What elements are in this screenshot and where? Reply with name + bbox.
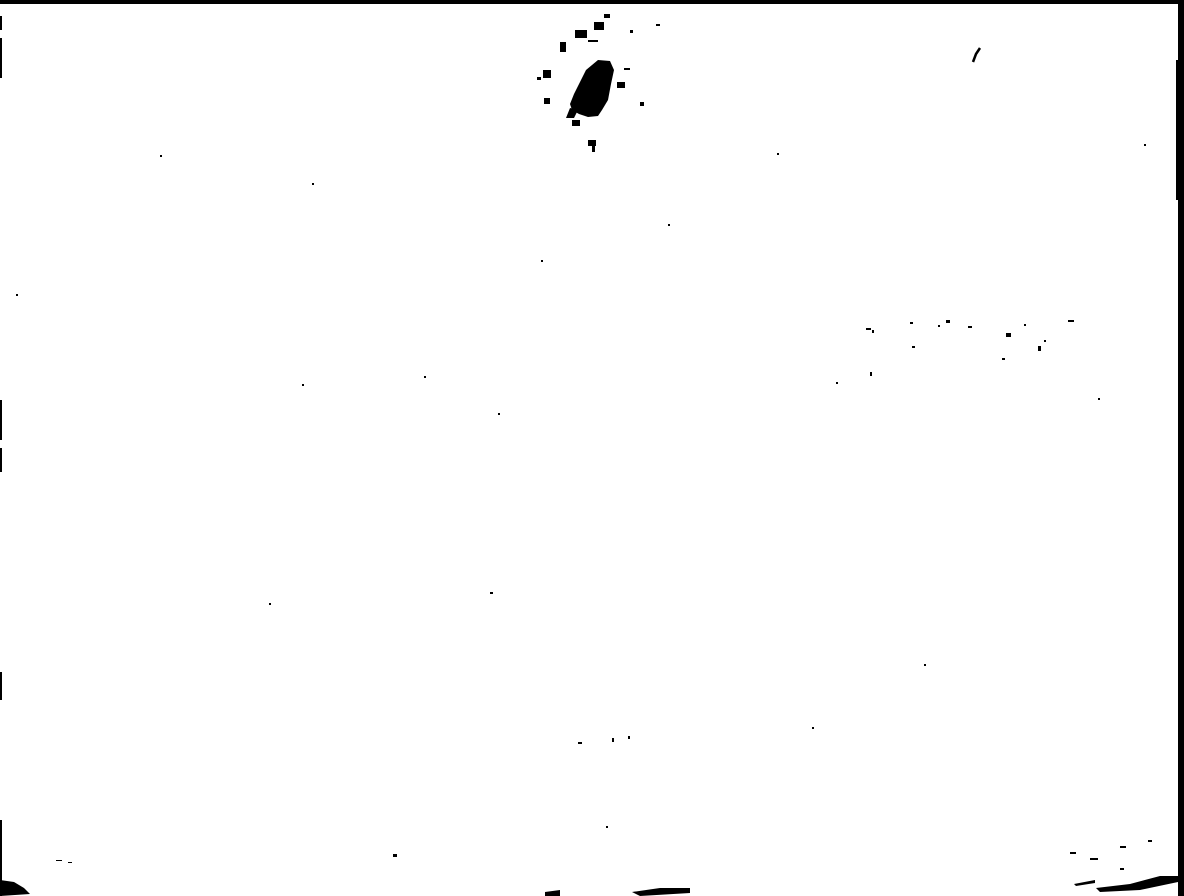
- binarized-photo: [0, 0, 1184, 896]
